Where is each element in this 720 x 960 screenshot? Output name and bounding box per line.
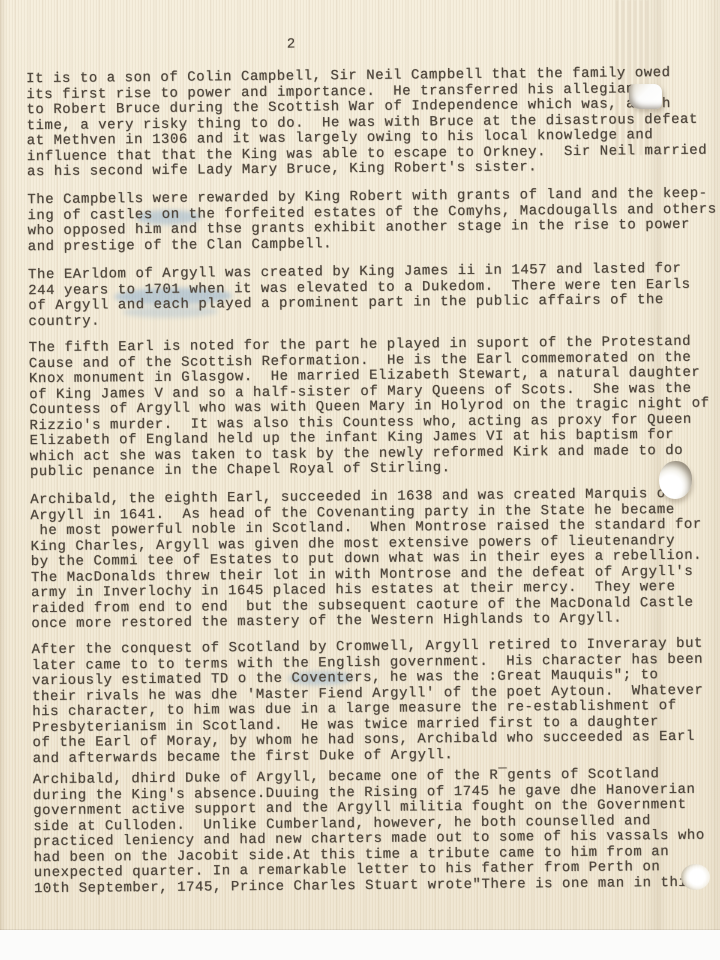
paragraph-campbell-rewards: The Campbells were rewarded by King Robe… — [27, 187, 717, 256]
paragraph-campbell-origins: It is to a son of Colin Campbell, Sir Ne… — [26, 66, 707, 181]
paragraph-eighth-earl: Archibald, the eighth Earl, succeeded in… — [30, 487, 703, 633]
paragraph-earldom-created: The EArldom of Argyll was created by Kin… — [28, 262, 691, 330]
paragraph-after-cromwell: After the conquest of Scotland by Cromwe… — [32, 637, 705, 767]
paragraph-fifth-earl: The fifth Earl is noted for the part he … — [29, 335, 711, 481]
paragraph-third-duke: Archibald, dhird Duke of Argyll, became … — [33, 767, 706, 897]
scanned-document-view: 2 It is to a son of Colin Campbell, Sir … — [0, 0, 720, 960]
typewritten-text-layer: 2 It is to a son of Colin Campbell, Sir … — [0, 0, 720, 933]
paper-sheet: 2 It is to a son of Colin Campbell, Sir … — [0, 0, 720, 930]
paper-hole-bottom-right — [681, 864, 710, 890]
paper-hole-top-right — [629, 84, 662, 109]
scan-background-below-page — [0, 930, 720, 960]
paper-hole-mid-right — [659, 461, 692, 499]
page-number: 2 — [287, 37, 296, 53]
